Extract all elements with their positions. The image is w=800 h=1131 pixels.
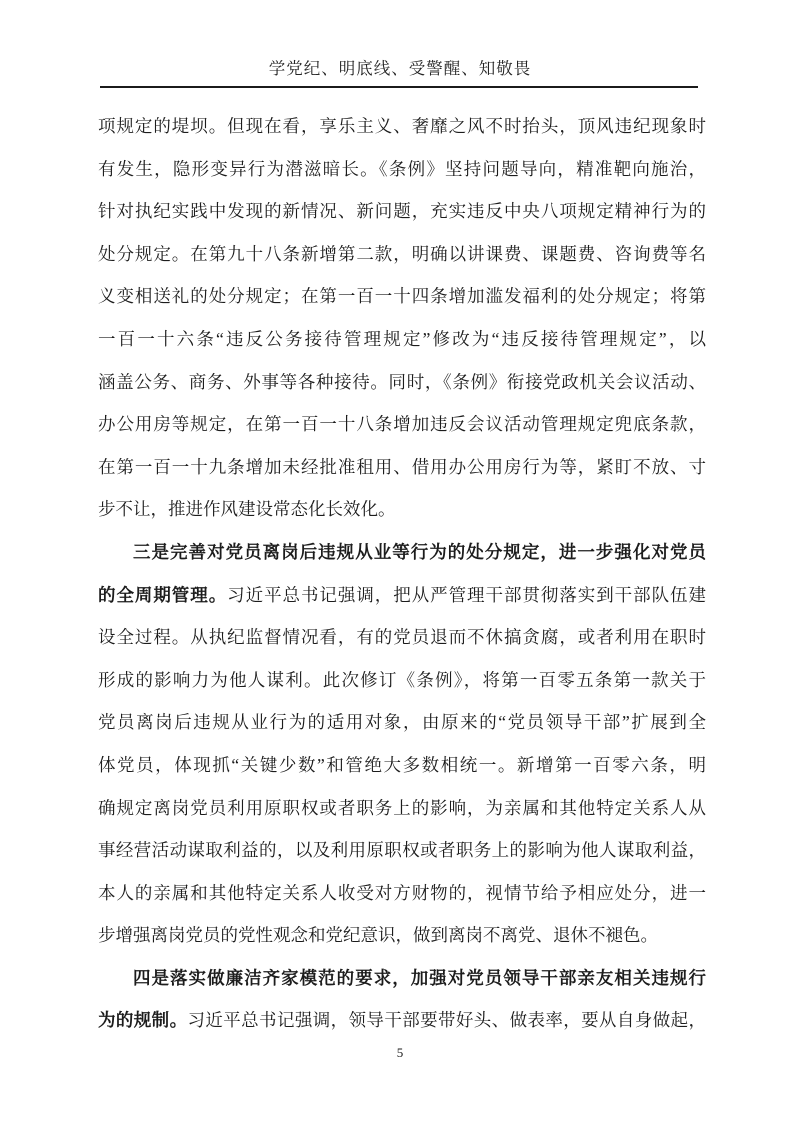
text-line: 四是落实做廉洁齐家模范的要求，加强对党员领导干部亲友相关违规行 — [98, 957, 706, 1000]
text-run: 步增强离岗党员的党性观念和党纪意识，做到离岗不离党、退休不褪色。 — [98, 925, 658, 945]
text-line: 步不让，推进作风建设常态化长效化。 — [98, 488, 706, 531]
bold-text-run: 三是完善对党员离岗后违规从业等行为的处分规定，进一步强化对党员 — [133, 542, 706, 562]
text-line: 事经营活动谋取利益的，以及利用原职权或者职务上的影响为他人谋取利益， — [98, 829, 706, 872]
bold-text-run: 四是落实做廉洁齐家模范的要求，加强对党员领导干部亲友相关违规行 — [133, 968, 706, 988]
text-run: 党员离岗后违规从业行为的适用对象，由原来的“党员领导干部”扩展到全 — [98, 712, 706, 732]
bold-text-run: 的全周期管理。 — [98, 585, 227, 605]
text-run: 一百一十六条“违反公务接待管理规定”修改为“违反接待管理规定”，以 — [98, 329, 706, 349]
document-body: 项规定的堤坝。但现在看，享乐主义、奢靡之风不时抬头，顶风违纪现象时有发生，隐形变… — [98, 105, 706, 1042]
page-header-title: 学党纪、明底线、受警醒、知敬畏 — [0, 55, 800, 79]
text-run: 形成的影响力为他人谋利。此次修订《条例》，将第一百零五条第一款关于 — [98, 670, 706, 690]
text-run: 义变相送礼的处分规定；在第一百一十四条增加滥发福利的处分规定；将第 — [98, 286, 706, 306]
text-line: 步增强离岗党员的党性观念和党纪意识，做到离岗不离党、退休不褪色。 — [98, 914, 706, 957]
text-line: 处分规定。在第九十八条新增第二款，明确以讲课费、课题费、咨询费等名 — [98, 233, 706, 276]
text-run: 本人的亲属和其他特定关系人收受对方财物的，视情节给予相应处分，进一 — [98, 883, 706, 903]
text-line: 涵盖公务、商务、外事等各种接待。同时，《条例》衔接党政机关会议活动、 — [98, 361, 706, 404]
text-line: 的全周期管理。习近平总书记强调，把从严管理干部贯彻落实到干部队伍建 — [98, 574, 706, 617]
text-line: 形成的影响力为他人谋利。此次修订《条例》，将第一百零五条第一款关于 — [98, 659, 706, 702]
text-line: 一百一十六条“违反公务接待管理规定”修改为“违反接待管理规定”，以 — [98, 318, 706, 361]
text-line: 针对执纪实践中发现的新情况、新问题，充实违反中央八项规定精神行为的 — [98, 190, 706, 233]
text-run: 处分规定。在第九十八条新增第二款，明确以讲课费、课题费、咨询费等名 — [98, 244, 706, 264]
text-run: 办公用房等规定，在第一百一十八条增加违反会议活动管理规定兜底条款， — [98, 414, 706, 434]
text-run: 在第一百一十九条增加未经批准租用、借用办公用房行为等，紧盯不放、寸 — [98, 457, 706, 477]
text-run: 涵盖公务、商务、外事等各种接待。同时，《条例》衔接党政机关会议活动、 — [98, 372, 706, 392]
text-line: 义变相送礼的处分规定；在第一百一十四条增加滥发福利的处分规定；将第 — [98, 275, 706, 318]
text-run: 习近平总书记强调，领导干部要带好头、做表率，要从自身做起， — [187, 1010, 706, 1030]
text-line: 项规定的堤坝。但现在看，享乐主义、奢靡之风不时抬头，顶风违纪现象时 — [98, 105, 706, 148]
page-number: 5 — [0, 1045, 800, 1061]
text-run: 步不让，推进作风建设常态化长效化。 — [98, 499, 396, 519]
text-line: 确规定离岗党员利用原职权或者职务上的影响，为亲属和其他特定关系人从 — [98, 787, 706, 830]
text-line: 为的规制。习近平总书记强调，领导干部要带好头、做表率，要从自身做起， — [98, 999, 706, 1042]
text-line: 在第一百一十九条增加未经批准租用、借用办公用房行为等，紧盯不放、寸 — [98, 446, 706, 489]
header-divider — [100, 86, 698, 88]
text-line: 本人的亲属和其他特定关系人收受对方财物的，视情节给予相应处分，进一 — [98, 872, 706, 915]
text-run: 项规定的堤坝。但现在看，享乐主义、奢靡之风不时抬头，顶风违纪现象时 — [98, 116, 706, 136]
bold-text-run: 为的规制。 — [98, 1010, 187, 1030]
text-run: 针对执纪实践中发现的新情况、新问题，充实违反中央八项规定精神行为的 — [98, 201, 706, 221]
text-run: 事经营活动谋取利益的，以及利用原职权或者职务上的影响为他人谋取利益， — [98, 840, 706, 860]
text-line: 党员离岗后违规从业行为的适用对象，由原来的“党员领导干部”扩展到全 — [98, 701, 706, 744]
text-run: 设全过程。从执纪监督情况看，有的党员退而不休搞贪腐，或者利用在职时 — [98, 627, 706, 647]
text-run: 体党员，体现抓“关键少数”和管绝大多数相统一。新增第一百零六条，明 — [98, 755, 706, 775]
text-line: 办公用房等规定，在第一百一十八条增加违反会议活动管理规定兜底条款， — [98, 403, 706, 446]
text-run: 确规定离岗党员利用原职权或者职务上的影响，为亲属和其他特定关系人从 — [98, 798, 706, 818]
text-line: 有发生，隐形变异行为潜滋暗长。《条例》坚持问题导向，精准靶向施治， — [98, 148, 706, 191]
text-run: 有发生，隐形变异行为潜滋暗长。《条例》坚持问题导向，精准靶向施治， — [98, 159, 706, 179]
text-run: 习近平总书记强调，把从严管理干部贯彻落实到干部队伍建 — [227, 585, 706, 605]
text-line: 体党员，体现抓“关键少数”和管绝大多数相统一。新增第一百零六条，明 — [98, 744, 706, 787]
document-page: 学党纪、明底线、受警醒、知敬畏 项规定的堤坝。但现在看，享乐主义、奢靡之风不时抬… — [0, 0, 800, 1131]
text-line: 设全过程。从执纪监督情况看，有的党员退而不休搞贪腐，或者利用在职时 — [98, 616, 706, 659]
text-line: 三是完善对党员离岗后违规从业等行为的处分规定，进一步强化对党员 — [98, 531, 706, 574]
